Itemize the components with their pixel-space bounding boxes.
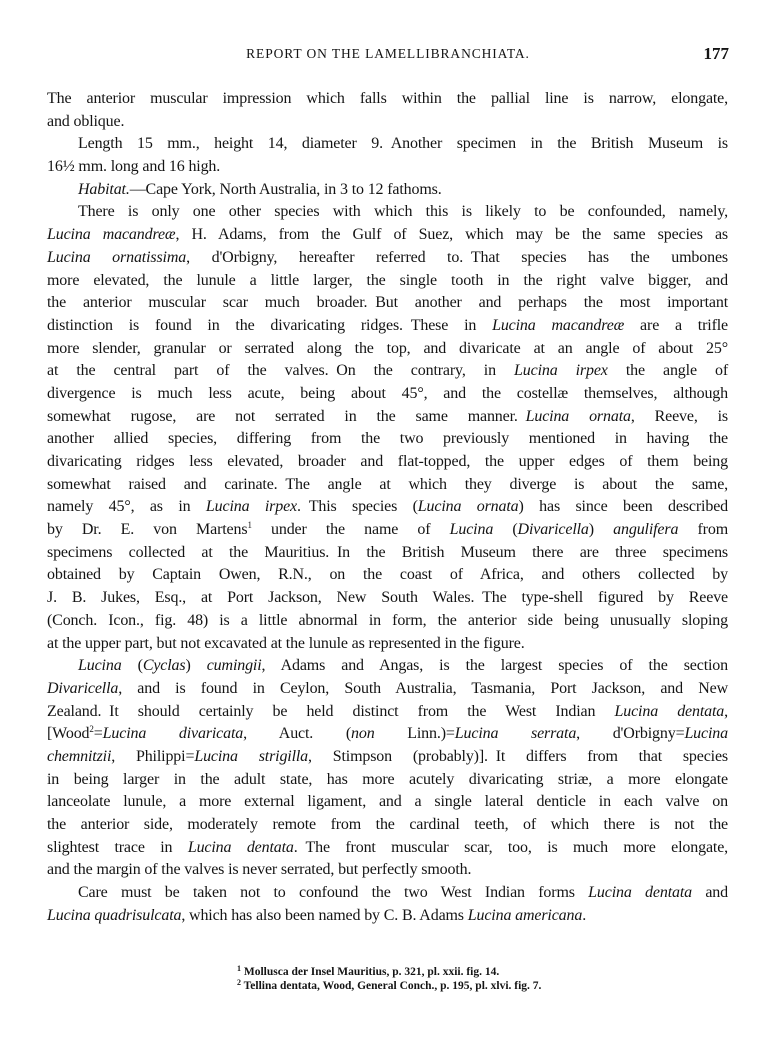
italic-text: Lucina divaricata xyxy=(103,725,244,742)
text-line: at the upper part, but not excavated at … xyxy=(47,633,728,656)
text-segment: Linn.)= xyxy=(375,725,455,742)
text-segment: lanceolate lunule, a more external ligam… xyxy=(47,793,728,810)
text-line: divergence is much less acute, being abo… xyxy=(47,383,728,406)
text-segment: under the name of xyxy=(252,521,450,538)
italic-text: Lucina ornatissima xyxy=(47,249,186,266)
text-segment: J. B. Jukes, Esq., at Port Jackson, New … xyxy=(47,589,728,606)
text-segment: , d'Orbigny, hereafter referred to. That… xyxy=(186,249,728,266)
text-line: obtained by Captain Owen, R.N., on the c… xyxy=(47,564,728,587)
text-line: Lucina (Cyclas) cumingii, Adams and Anga… xyxy=(47,655,728,678)
italic-text: Divaricella xyxy=(518,521,589,538)
text-segment: more elevated, the lunule a little large… xyxy=(47,272,728,289)
italic-text: Lucina quadrisulcata xyxy=(47,907,181,924)
italic-text: Cyclas xyxy=(143,657,186,674)
text-segment: The anterior muscular impression which f… xyxy=(47,90,728,107)
text-line: There is only one other species with whi… xyxy=(47,201,728,224)
text-segment: somewhat rugose, are not serrated in the… xyxy=(47,408,526,425)
text-line: chemnitzii, Philippi=Lucina strigilla, S… xyxy=(47,746,728,769)
text-line: another allied species, differing from t… xyxy=(47,428,728,451)
text-segment: (Conch. Icon., fig. 48) is a little abno… xyxy=(47,612,728,629)
italic-text: Lucina dentata xyxy=(615,703,725,720)
text-segment: ) xyxy=(185,657,206,674)
text-line: divaricating ridges less elevated, broad… xyxy=(47,451,728,474)
text-segment: —Cape York, North Australia, in 3 to 12 … xyxy=(130,181,442,198)
italic-text: Lucina ornata xyxy=(418,498,519,515)
italic-text: Lucina irpex xyxy=(206,498,297,515)
text-line: more elevated, the lunule a little large… xyxy=(47,270,728,293)
text-segment: Zealand. It should certainly be held dis… xyxy=(47,703,615,720)
text-segment: , and is found in Ceylon, South Australi… xyxy=(118,680,728,697)
italic-text: Divaricella xyxy=(47,680,118,697)
italic-text: Lucina xyxy=(684,725,728,742)
text-segment: , Auct. ( xyxy=(243,725,351,742)
italic-text: chemnitzii xyxy=(47,748,111,765)
text-line: Habitat.—Cape York, North Australia, in … xyxy=(47,179,728,202)
footnotes: 1 Mollusca der Insel Mauritius, p. 321, … xyxy=(237,965,657,993)
text-line: Care must be taken not to confound the t… xyxy=(47,882,728,905)
text-line: the anterior muscular scar much broader.… xyxy=(47,292,728,315)
text-segment: ) xyxy=(589,521,613,538)
text-line: Lucina macandreæ, H. Adams, from the Gul… xyxy=(47,224,728,247)
text-line: the anterior side, moderately remote fro… xyxy=(47,814,728,837)
text-segment: the anterior side, moderately remote fro… xyxy=(47,816,728,833)
italic-text: Lucina dentata xyxy=(188,839,294,856)
text-line: more slender, granular or serrated along… xyxy=(47,338,728,361)
italic-text: non xyxy=(351,725,375,742)
page-number: 177 xyxy=(704,44,730,64)
text-line: distinction is found in the divaricating… xyxy=(47,315,728,338)
text-segment: ( xyxy=(493,521,517,538)
text-segment: another allied species, differing from t… xyxy=(47,430,728,447)
italic-text: Lucina americana xyxy=(468,907,582,924)
text-segment: and the margin of the valves is never se… xyxy=(47,861,471,878)
text-segment: , Adams and Angas, is the largest specie… xyxy=(262,657,728,674)
italic-text: Lucina macandreæ xyxy=(492,317,624,334)
text-segment: the anterior muscular scar much broader.… xyxy=(47,294,728,311)
text-segment: more slender, granular or serrated along… xyxy=(47,340,728,357)
text-segment: from xyxy=(678,521,728,538)
footnote: 1 Mollusca der Insel Mauritius, p. 321, … xyxy=(237,965,657,979)
text-line: somewhat rugose, are not serrated in the… xyxy=(47,406,728,429)
running-head: REPORT ON THE LAMELLIBRANCHIATA. 177 xyxy=(47,44,729,64)
text-segment: and xyxy=(692,884,728,901)
text-segment: Length 15 mm., height 14, diameter 9. An… xyxy=(78,135,728,152)
text-segment: [Wood xyxy=(47,725,89,742)
text-line: J. B. Jukes, Esq., at Port Jackson, New … xyxy=(47,587,728,610)
text-segment: 16½ mm. long and 16 high. xyxy=(47,158,220,175)
text-segment: . The front muscular scar, too, is much … xyxy=(294,839,728,856)
italic-text: Lucina xyxy=(78,657,122,674)
text-line: slightest trace in Lucina dentata. The f… xyxy=(47,837,728,860)
text-segment: ( xyxy=(122,657,143,674)
text-line: by Dr. E. von Martens1 under the name of… xyxy=(47,519,728,542)
text-line: somewhat raised and carinate. The angle … xyxy=(47,474,728,497)
text-segment: obtained by Captain Owen, R.N., on the c… xyxy=(47,566,728,583)
italic-text: Lucina irpex xyxy=(514,362,608,379)
text-segment: in being larger in the adult state, has … xyxy=(47,771,728,788)
text-segment: somewhat raised and carinate. The angle … xyxy=(47,476,728,493)
running-title: REPORT ON THE LAMELLIBRANCHIATA. xyxy=(47,46,729,62)
text-segment: Care must be taken not to confound the t… xyxy=(78,884,588,901)
footnote-text: Mollusca der Insel Mauritius, p. 321, pl… xyxy=(241,966,499,978)
text-segment: are a trifle xyxy=(624,317,728,334)
text-line: namely 45°, as in Lucina irpex. This spe… xyxy=(47,496,728,519)
text-line: The anterior muscular impression which f… xyxy=(47,88,728,111)
italic-text: cumingii xyxy=(207,657,262,674)
text-segment: divergence is much less acute, being abo… xyxy=(47,385,728,402)
text-line: Divaricella, and is found in Ceylon, Sou… xyxy=(47,678,728,701)
text-segment: at the upper part, but not excavated at … xyxy=(47,635,525,652)
text-segment: There is only one other species with whi… xyxy=(78,203,728,220)
text-segment: , Stimpson (probably)]. It differs from … xyxy=(308,748,728,765)
body-text: The anterior muscular impression which f… xyxy=(47,88,728,927)
text-line: and the margin of the valves is never se… xyxy=(47,859,728,882)
italic-text: Lucina strigilla xyxy=(194,748,308,765)
italic-text: Lucina serrata xyxy=(455,725,576,742)
text-segment: , Reeve, is xyxy=(631,408,728,425)
text-segment: divaricating ridges less elevated, broad… xyxy=(47,453,728,470)
text-segment: by Dr. E. von Martens xyxy=(47,521,247,538)
italic-text: Lucina dentata xyxy=(588,884,692,901)
text-segment: , Philippi= xyxy=(111,748,194,765)
footnote-text: Tellina dentata, Wood, General Conch., p… xyxy=(241,980,541,992)
text-line: in being larger in the adult state, has … xyxy=(47,769,728,792)
text-line: Lucina ornatissima, d'Orbigny, hereafter… xyxy=(47,247,728,270)
text-segment: ) has since been described xyxy=(519,498,728,515)
text-line: Lucina quadrisulcata, which has also bee… xyxy=(47,905,728,928)
text-line: specimens collected at the Mauritius. In… xyxy=(47,542,728,565)
text-segment: . This species ( xyxy=(297,498,418,515)
text-line: at the central part of the valves. On th… xyxy=(47,360,728,383)
text-segment: and oblique. xyxy=(47,113,124,130)
text-segment: , xyxy=(724,703,728,720)
text-line: Zealand. It should certainly be held dis… xyxy=(47,701,728,724)
text-segment: = xyxy=(94,725,103,742)
text-line: and oblique. xyxy=(47,111,728,134)
text-segment: . xyxy=(582,907,586,924)
italic-text: angulifera xyxy=(613,521,678,538)
text-segment: distinction is found in the divaricating… xyxy=(47,317,492,334)
text-segment: , which has also been named by C. B. Ada… xyxy=(181,907,467,924)
text-segment: , H. Adams, from the Gulf of Suez, which… xyxy=(175,226,728,243)
text-line: lanceolate lunule, a more external ligam… xyxy=(47,791,728,814)
text-segment: at the central part of the valves. On th… xyxy=(47,362,514,379)
text-segment: specimens collected at the Mauritius. In… xyxy=(47,544,728,561)
text-line: (Conch. Icon., fig. 48) is a little abno… xyxy=(47,610,728,633)
footnote: 2 Tellina dentata, Wood, General Conch.,… xyxy=(237,979,657,993)
text-line: 16½ mm. long and 16 high. xyxy=(47,156,728,179)
text-segment: , d'Orbigny= xyxy=(576,725,684,742)
italic-text: Lucina macandreæ xyxy=(47,226,175,243)
text-line: [Wood2=Lucina divaricata, Auct. (non Lin… xyxy=(47,723,728,746)
text-segment: slightest trace in xyxy=(47,839,188,856)
italic-text: Lucina xyxy=(450,521,494,538)
text-segment: the angle of xyxy=(608,362,728,379)
text-line: Length 15 mm., height 14, diameter 9. An… xyxy=(47,133,728,156)
text-segment: namely 45°, as in xyxy=(47,498,206,515)
italic-text: Habitat. xyxy=(78,181,130,198)
italic-text: Lucina ornata xyxy=(526,408,631,425)
